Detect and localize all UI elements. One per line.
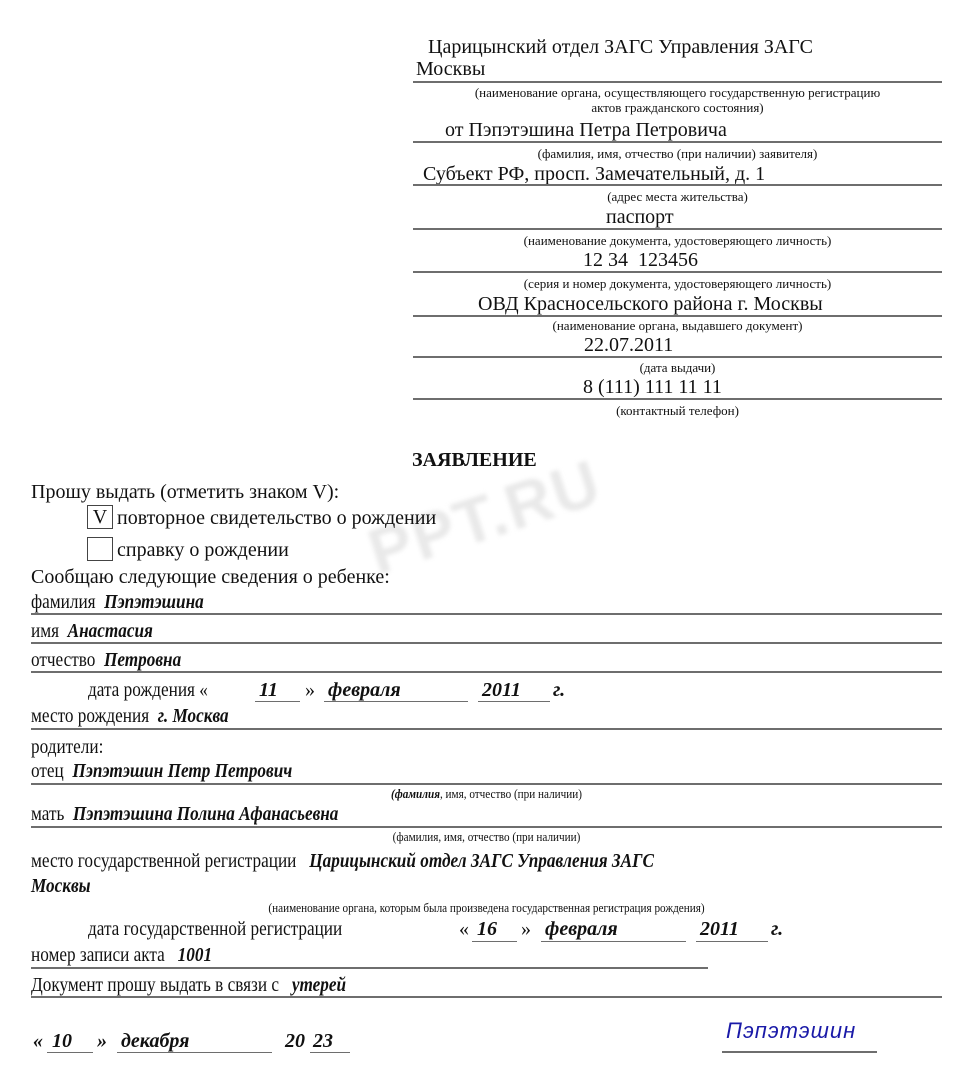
- birth-month-value: февраля: [328, 679, 401, 701]
- record-number-field: номер записи акта 1001: [31, 944, 212, 966]
- id-number-caption: (серия и номер документа, удостоверяющег…: [413, 276, 942, 291]
- surname-value: Пэпэтэшина: [104, 591, 204, 613]
- father-label: отец: [31, 760, 64, 782]
- registration-quote-open: «: [459, 918, 469, 940]
- phone-value: 8 (111) 111 11 11: [583, 376, 722, 398]
- footer-year-rule: [310, 1052, 350, 1053]
- mother-label: мать: [31, 803, 64, 825]
- patronymic-label: отчество: [31, 649, 95, 671]
- birth-day-rule: [255, 701, 300, 702]
- birth-year-suffix: г.: [553, 679, 565, 701]
- record-number-label: номер записи акта: [31, 944, 165, 966]
- mother-rule: [31, 826, 942, 828]
- name-value: Анастасия: [68, 620, 153, 642]
- birth-place-label: место рождения: [31, 705, 149, 727]
- mother-value: Пэпэтэшина Полина Афанасьевна: [73, 803, 338, 825]
- reason-value: утерей: [292, 974, 346, 996]
- phone-caption: (контактный телефон): [413, 403, 942, 418]
- checkbox-duplicate-certificate[interactable]: V: [87, 505, 113, 529]
- birth-quote-close: »: [305, 679, 315, 701]
- registry-office-caption-line1: (наименование органа, осуществляющего го…: [413, 85, 942, 100]
- mother-caption: (фамилия, имя, отчество (при наличии): [95, 829, 878, 844]
- birth-month-rule: [324, 701, 468, 702]
- option-label: повторное свидетельство о рождении: [117, 507, 436, 529]
- reason-field: Документ прошу выдать в связи с утерей: [31, 974, 346, 996]
- registration-year-value: 2011: [700, 918, 739, 940]
- registration-month-rule: [541, 941, 686, 942]
- father-value: Пэпэтэшин Петр Петрович: [72, 760, 292, 782]
- registry-office-line2: Москвы: [416, 58, 485, 80]
- registry-office-caption-line2: актов гражданского состояния): [413, 100, 942, 115]
- mother-field: мать Пэпэтэшина Полина Афанасьевна: [31, 803, 338, 825]
- footer-month-rule: [117, 1052, 272, 1053]
- patronymic-rule: [31, 671, 942, 673]
- registration-day-value: 16: [477, 918, 497, 940]
- registration-year-rule: [696, 941, 768, 942]
- id-document-rule: [413, 228, 942, 230]
- registration-quote-close: »: [521, 918, 531, 940]
- id-number-rule: [413, 271, 942, 273]
- registration-place-caption: (наименование органа, которым была произ…: [95, 900, 878, 915]
- registration-place-value: Царицынский отдел ЗАГС Управления ЗАГС: [309, 850, 654, 872]
- reason-rule: [31, 996, 942, 998]
- id-document-value: паспорт: [606, 206, 674, 228]
- registry-office-line1: Царицынский отдел ЗАГС Управления ЗАГС: [428, 36, 813, 58]
- footer-quote-open: «: [33, 1030, 43, 1052]
- name-label: имя: [31, 620, 59, 642]
- surname-field: фамилия Пэпэтэшина: [31, 591, 204, 613]
- name-rule: [31, 642, 942, 644]
- birth-year-value: 2011: [482, 679, 521, 701]
- footer-quote-close: »: [97, 1030, 107, 1052]
- option-label: справку о рождении: [117, 539, 289, 561]
- birth-date-label: дата рождения «: [88, 679, 208, 701]
- reason-label: Документ прошу выдать в связи с: [31, 974, 279, 996]
- father-caption: (фамилия, имя, отчество (при наличии): [95, 786, 878, 801]
- parents-label: родители:: [31, 736, 103, 758]
- registration-place-label: место государственной регистрации: [31, 850, 296, 872]
- name-field: имя Анастасия: [31, 620, 153, 642]
- footer-day-value: 10: [52, 1030, 72, 1052]
- address-value: Субъект РФ, просп. Замечательный, д. 1: [423, 163, 765, 185]
- signature-rule: [722, 1051, 877, 1053]
- father-field: отец Пэпэтэшин Петр Петрович: [31, 760, 292, 782]
- issuer-rule: [413, 315, 942, 317]
- surname-label: фамилия: [31, 591, 96, 613]
- issue-date-rule: [413, 356, 942, 358]
- registration-place-field: место государственной регистрации Царицы…: [31, 850, 654, 872]
- registration-month-value: февраля: [545, 918, 618, 940]
- footer-month-value: декабря: [121, 1030, 189, 1052]
- issue-date-caption: (дата выдачи): [413, 360, 942, 375]
- birth-place-value: г. Москва: [158, 705, 229, 727]
- father-rule: [31, 783, 942, 785]
- applicant-signature: Пэпэтэшин: [726, 1018, 856, 1044]
- birth-year-rule: [478, 701, 550, 702]
- document-title: ЗАЯВЛЕНИЕ: [412, 449, 537, 472]
- birth-day-value: 11: [259, 679, 278, 701]
- patronymic-value: Петровна: [104, 649, 181, 671]
- birth-place-field: место рождения г. Москва: [31, 705, 229, 727]
- id-number-value: 12 34 123456: [583, 249, 698, 271]
- registration-place-line2: Москвы: [31, 875, 91, 897]
- id-document-caption: (наименование документа, удостоверяющего…: [413, 233, 942, 248]
- footer-year-value: 23: [313, 1030, 333, 1052]
- record-number-rule: [31, 967, 708, 969]
- registration-year-suffix: г.: [771, 918, 783, 940]
- issue-date-value: 22.07.2011: [584, 334, 673, 356]
- address-rule: [413, 184, 942, 186]
- patronymic-field: отчество Петровна: [31, 649, 181, 671]
- applicant-rule: [413, 141, 942, 143]
- applicant-name: от Пэпэтэшина Петра Петровича: [445, 119, 727, 141]
- phone-rule: [413, 398, 942, 400]
- footer-day-rule: [47, 1052, 93, 1053]
- applicant-caption: (фамилия, имя, отчество (при наличии) за…: [413, 146, 942, 161]
- address-caption: (адрес места жительства): [413, 189, 942, 204]
- surname-rule: [31, 613, 942, 615]
- registration-day-rule: [472, 941, 517, 942]
- issuer-value: ОВД Красносельского района г. Москвы: [478, 293, 823, 315]
- registration-date-label: дата государственной регистрации: [88, 918, 342, 940]
- birth-place-rule: [31, 728, 942, 730]
- registry-office-rule: [413, 81, 942, 83]
- record-number-value: 1001: [178, 944, 212, 966]
- issuer-caption: (наименование органа, выдавшего документ…: [413, 318, 942, 333]
- checkbox-birth-reference[interactable]: [87, 537, 113, 561]
- footer-century: 20: [285, 1030, 305, 1052]
- child-intro: Сообщаю следующие сведения о ребенке:: [31, 566, 390, 588]
- request-prompt: Прошу выдать (отметить знаком V):: [31, 481, 339, 503]
